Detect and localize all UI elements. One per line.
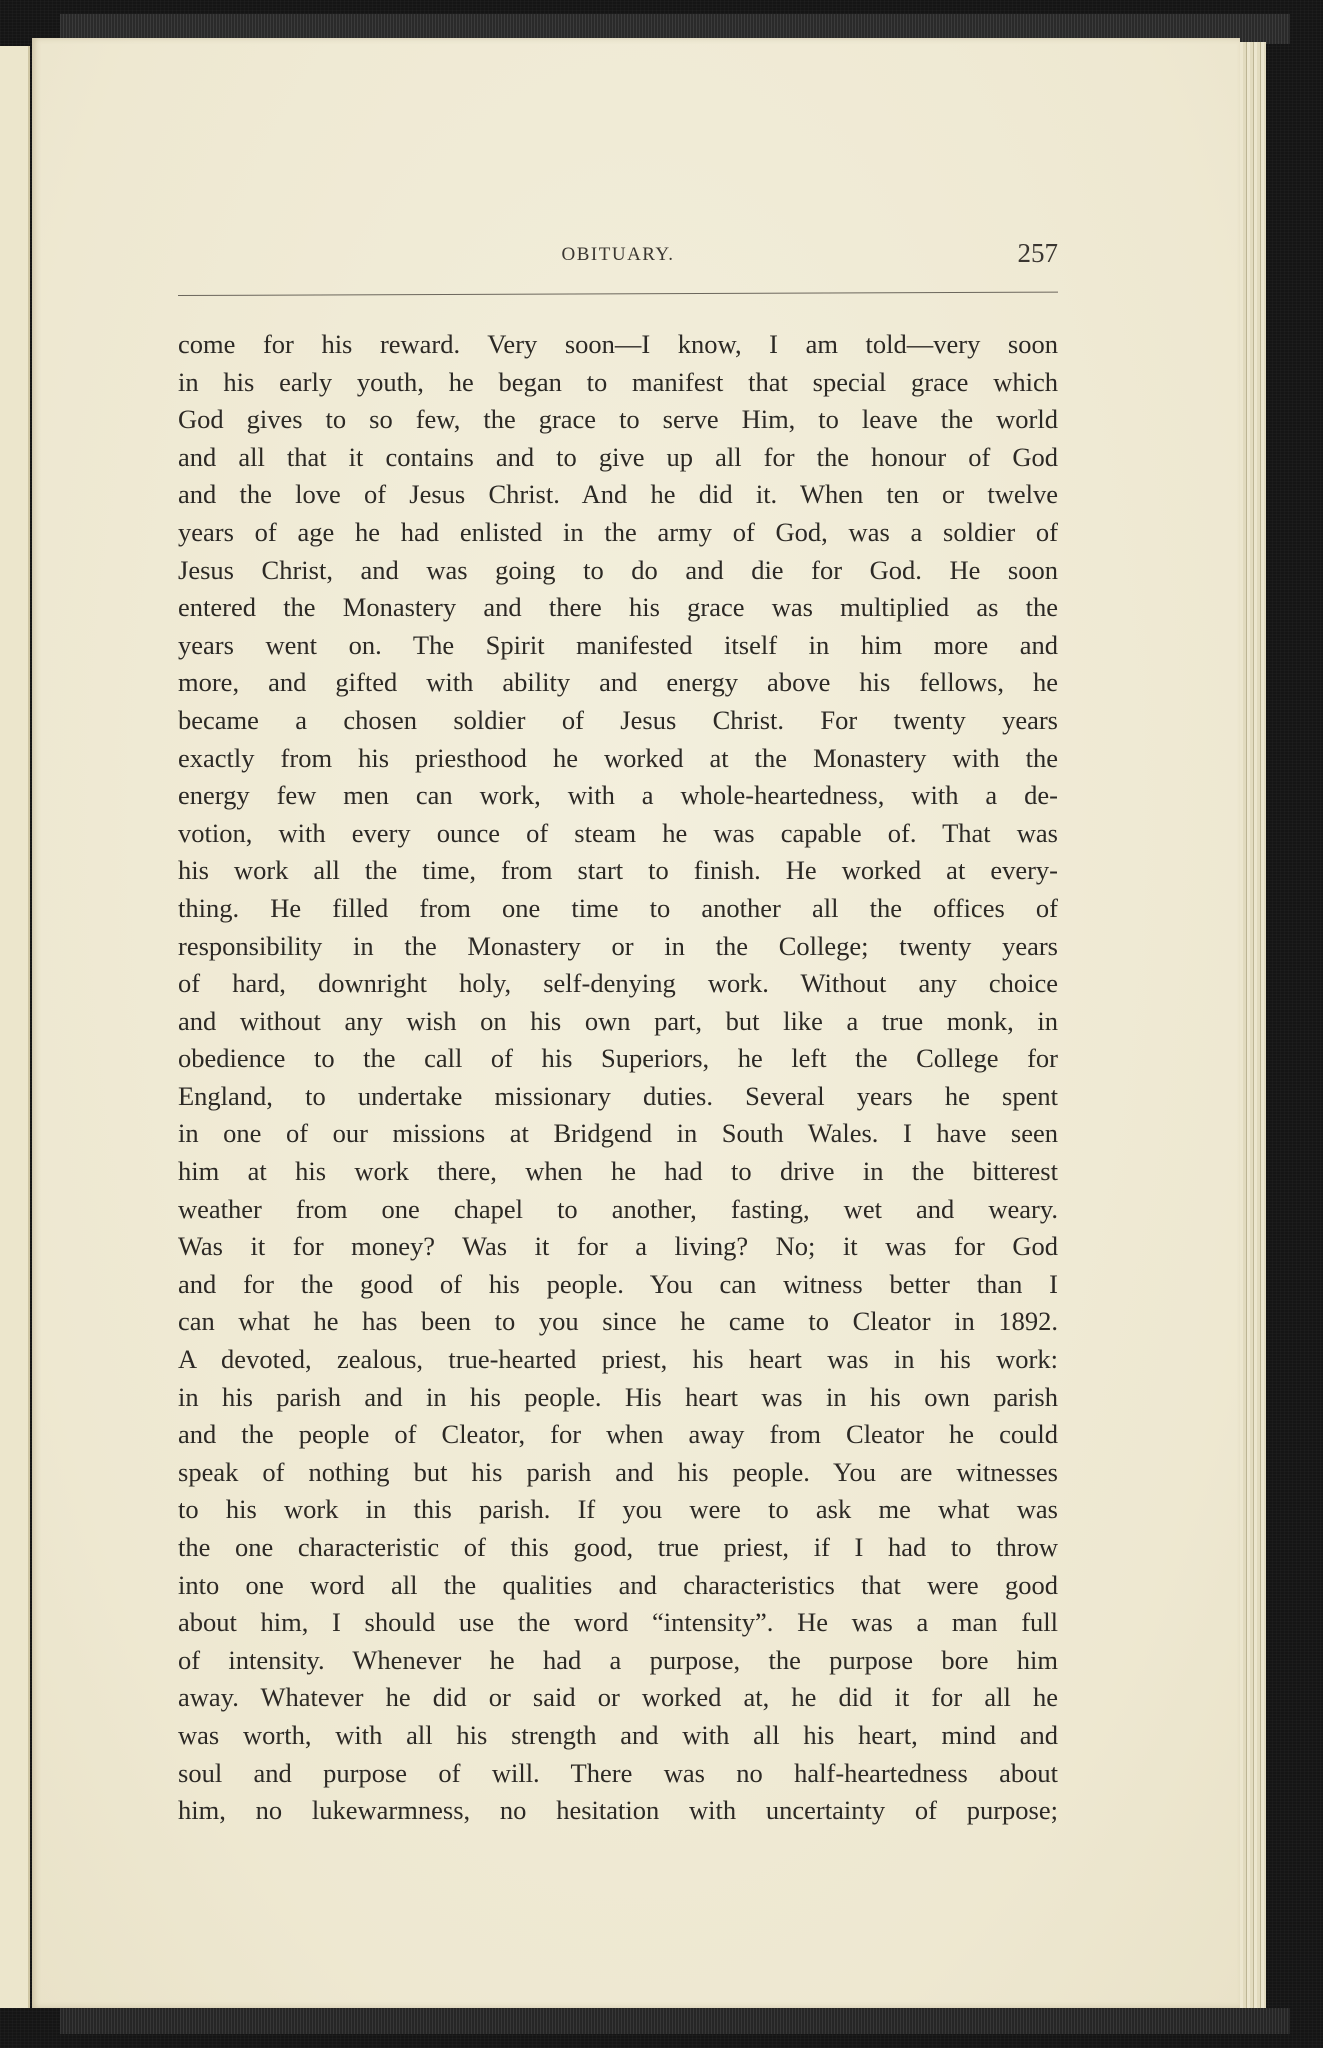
text-line: in his early youth, he began to manifest…: [178, 364, 1058, 402]
text-line: can what he has been to you since he cam…: [178, 1303, 1058, 1341]
text-line: A devoted, zealous, true-hearted priest,…: [178, 1341, 1058, 1379]
text-line: to his work in this parish. If you were …: [178, 1491, 1058, 1529]
text-line: of intensity. Whenever he had a purpose,…: [178, 1642, 1058, 1680]
text-line: responsibility in the Monastery or in th…: [178, 928, 1058, 966]
text-line: him at his work there, when he had to dr…: [178, 1153, 1058, 1191]
text-line: energy few men can work, with a whole-he…: [178, 777, 1058, 815]
text-line: come for his reward. Very soon—I know, I…: [178, 326, 1058, 364]
text-line: his work all the time, from start to fin…: [178, 852, 1058, 890]
text-line: was worth, with all his strength and wit…: [178, 1717, 1058, 1755]
book-cover-bottom-edge: [60, 2008, 1290, 2034]
running-head: OBITUARY. 257: [178, 238, 1058, 268]
text-line: years went on. The Spirit manifested its…: [178, 627, 1058, 665]
text-line: away. Whatever he did or said or worked …: [178, 1679, 1058, 1717]
page-stack-edges: [1236, 42, 1266, 2008]
text-line: in his parish and in his people. His hea…: [178, 1379, 1058, 1417]
text-line: and the people of Cleator, for when away…: [178, 1416, 1058, 1454]
text-line: soul and purpose of will. There was no h…: [178, 1755, 1058, 1793]
text-line: the one characteristic of this good, tru…: [178, 1529, 1058, 1567]
text-line: in one of our missions at Bridgend in So…: [178, 1115, 1058, 1153]
text-line: Jesus Christ, and was going to do and di…: [178, 552, 1058, 590]
text-line: entered the Monastery and there his grac…: [178, 589, 1058, 627]
text-line: thing. He filled from one time to anothe…: [178, 890, 1058, 928]
body-text: come for his reward. Very soon—I know, I…: [178, 326, 1058, 1830]
text-line: into one word all the qualities and char…: [178, 1567, 1058, 1605]
text-line: and all that it contains and to give up …: [178, 439, 1058, 477]
text-line: God gives to so few, the grace to serve …: [178, 401, 1058, 439]
text-line: Was it for money? Was it for a living? N…: [178, 1228, 1058, 1266]
text-line: became a chosen soldier of Jesus Christ.…: [178, 702, 1058, 740]
text-line: speak of nothing but his parish and his …: [178, 1454, 1058, 1492]
text-line: England, to undertake missionary duties.…: [178, 1078, 1058, 1116]
text-line: and the love of Jesus Christ. And he did…: [178, 476, 1058, 514]
page-number: 257: [1018, 238, 1059, 269]
running-title: OBITUARY.: [178, 244, 1058, 266]
text-line: obedience to the call of his Superiors, …: [178, 1040, 1058, 1078]
text-line: and without any wish on his own part, bu…: [178, 1003, 1058, 1041]
text-line: weather from one chapel to another, fast…: [178, 1191, 1058, 1229]
text-line: about him, I should use the word “intens…: [178, 1604, 1058, 1642]
text-line: more, and gifted with ability and energy…: [178, 664, 1058, 702]
text-line: exactly from his priesthood he worked at…: [178, 740, 1058, 778]
facing-page-edge: [0, 46, 30, 2008]
text-line: years of age he had enlisted in the army…: [178, 514, 1058, 552]
text-line: votion, with every ounce of steam he was…: [178, 815, 1058, 853]
text-line: of hard, downright holy, self-denying wo…: [178, 965, 1058, 1003]
text-line: and for the good of his people. You can …: [178, 1266, 1058, 1304]
text-line: him, no lukewarmness, no hesitation with…: [178, 1792, 1058, 1830]
